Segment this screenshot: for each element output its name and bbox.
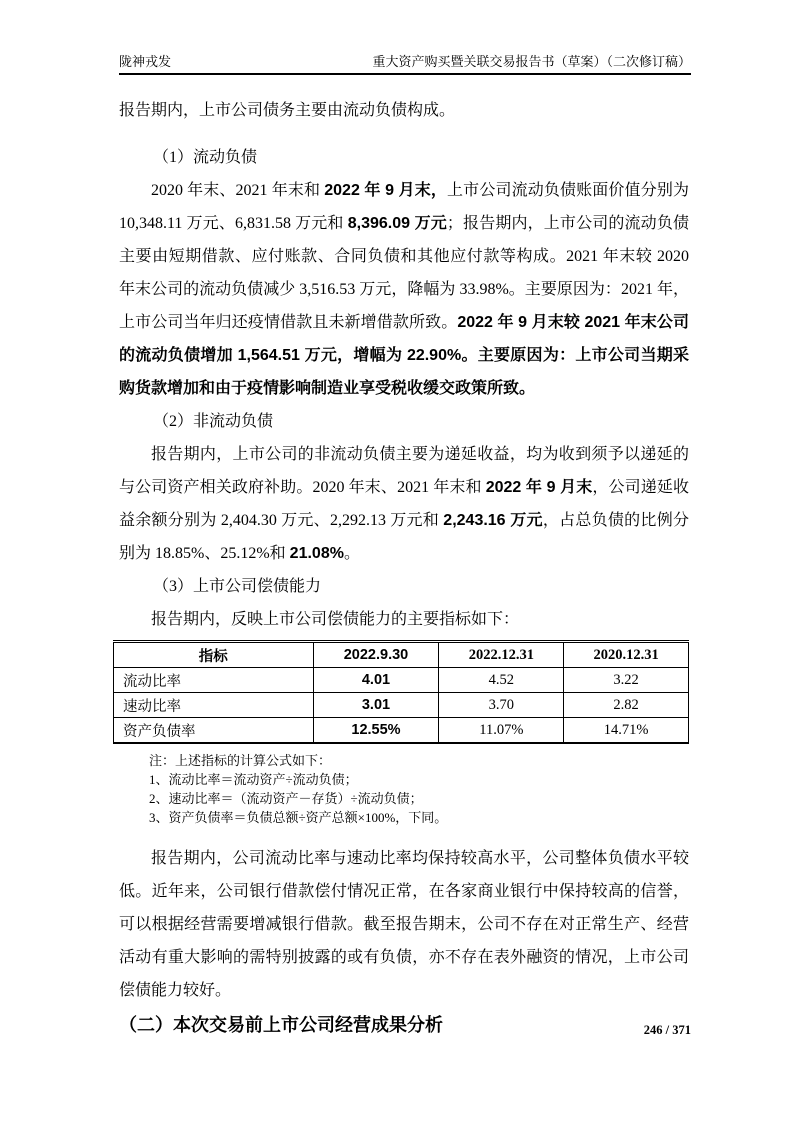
solvency-lead-paragraph: 报告期内，反映上市公司偿债能力的主要指标如下： (119, 603, 689, 636)
document-page: 陇神戎发 重大资产购买暨关联交易报告书（草案）（二次修订稿） 报告期内，上市公司… (0, 0, 793, 1122)
table-notes: 注：上述指标的计算公式如下：1、流动比率＝流动资产÷流动负债；2、速动比率＝（流… (119, 751, 689, 827)
text-segment: 报告期内，公司流动比率与速动比率均保持较高水平，公司整体负债水平较低。近年来，公… (119, 850, 689, 999)
intro-paragraph: 报告期内，上市公司债务主要由流动负债构成。 (119, 94, 689, 127)
indicator-name-cell: 速动比率 (114, 693, 314, 718)
page-header: 陇神戎发 重大资产购买暨关联交易报告书（草案）（二次修订稿） (119, 54, 691, 75)
table-header: 指标2022.9.302022.12.312020.12.31 (114, 643, 689, 668)
bold-text-segment: 8,396.09 万元 (348, 215, 447, 232)
table-row: 资产负债率12.55%11.07%14.71% (114, 718, 689, 743)
text-segment: 报告期内，反映上市公司偿债能力的主要指标如下： (151, 611, 519, 628)
column-header: 2022.9.30 (313, 643, 439, 668)
bold-text-segment: 2,243.16 万元 (443, 512, 543, 529)
subheading-solvency: （3）上市公司偿债能力 (119, 570, 689, 603)
indicator-value-cell: 4.01 (313, 668, 439, 693)
note-line: 1、流动比率＝流动资产÷流动负债； (119, 770, 689, 789)
indicator-value-cell: 2.82 (564, 693, 689, 718)
subheading-current-liabilities: （1）流动负债 (119, 141, 689, 174)
note-line: 2、速动比率＝（流动资产－存货）÷流动负债； (119, 789, 689, 808)
indicator-value-cell: 3.70 (439, 693, 564, 718)
indicator-value-cell: 14.71% (564, 718, 689, 743)
note-line: 3、资产负债率＝负债总额÷资产总额×100%，下同。 (119, 808, 689, 827)
bold-text-segment: 21.08% (290, 545, 344, 562)
current-liabilities-paragraph: 2020 年末、2021 年末和 2022 年 9 月末，上市公司流动负债账面价… (119, 174, 689, 405)
text-segment: 2020 年末、2021 年末和 (151, 182, 324, 199)
table-row: 速动比率3.013.702.82 (114, 693, 689, 718)
indicator-value-cell: 11.07% (439, 718, 564, 743)
text-segment: 。 (344, 545, 360, 562)
table-row: 流动比率4.014.523.22 (114, 668, 689, 693)
page-content: 报告期内，上市公司债务主要由流动负债构成。 （1）流动负债 2020 年末、20… (119, 94, 689, 1039)
indicator-value-cell: 4.52 (439, 668, 564, 693)
indicator-name-cell: 资产负债率 (114, 718, 314, 743)
page-number: 246 / 371 (644, 1023, 691, 1038)
indicator-value-cell: 3.01 (313, 693, 439, 718)
section-heading-operating-results: （二）本次交易前上市公司经营成果分析 (119, 1011, 689, 1039)
table-header-row: 指标2022.9.302022.12.312020.12.31 (114, 643, 689, 668)
text-segment: 报告期内，上市公司债务主要由流动负债构成。 (119, 102, 455, 119)
solvency-indicators-table: 指标2022.9.302022.12.312020.12.31 流动比率4.01… (113, 640, 689, 744)
indicator-name-cell: 流动比率 (114, 668, 314, 693)
column-header: 2020.12.31 (564, 643, 689, 668)
solvency-summary-paragraph: 报告期内，公司流动比率与速动比率均保持较高水平，公司整体负债水平较低。近年来，公… (119, 842, 689, 1007)
bold-text-segment: 2022 年 9 月末， (324, 182, 447, 199)
indicator-value-cell: 3.22 (564, 668, 689, 693)
header-right-title: 重大资产购买暨关联交易报告书（草案）（二次修订稿） (372, 54, 691, 70)
column-header: 指标 (114, 643, 314, 668)
indicator-value-cell: 12.55% (313, 718, 439, 743)
table-body: 流动比率4.014.523.22速动比率3.013.702.82资产负债率12.… (114, 668, 689, 743)
bold-text-segment: 2022 年 9 月末 (486, 479, 593, 496)
note-line: 注：上述指标的计算公式如下： (119, 751, 689, 770)
header-left-title: 陇神戎发 (119, 54, 171, 70)
noncurrent-liabilities-paragraph: 报告期内，上市公司的非流动负债主要为递延收益，均为收到须予以递延的与公司资产相关… (119, 438, 689, 570)
column-header: 2022.12.31 (439, 643, 564, 668)
subheading-noncurrent-liabilities: （2）非流动负债 (119, 405, 689, 438)
solvency-table: 指标2022.9.302022.12.312020.12.31 流动比率4.01… (113, 643, 689, 742)
